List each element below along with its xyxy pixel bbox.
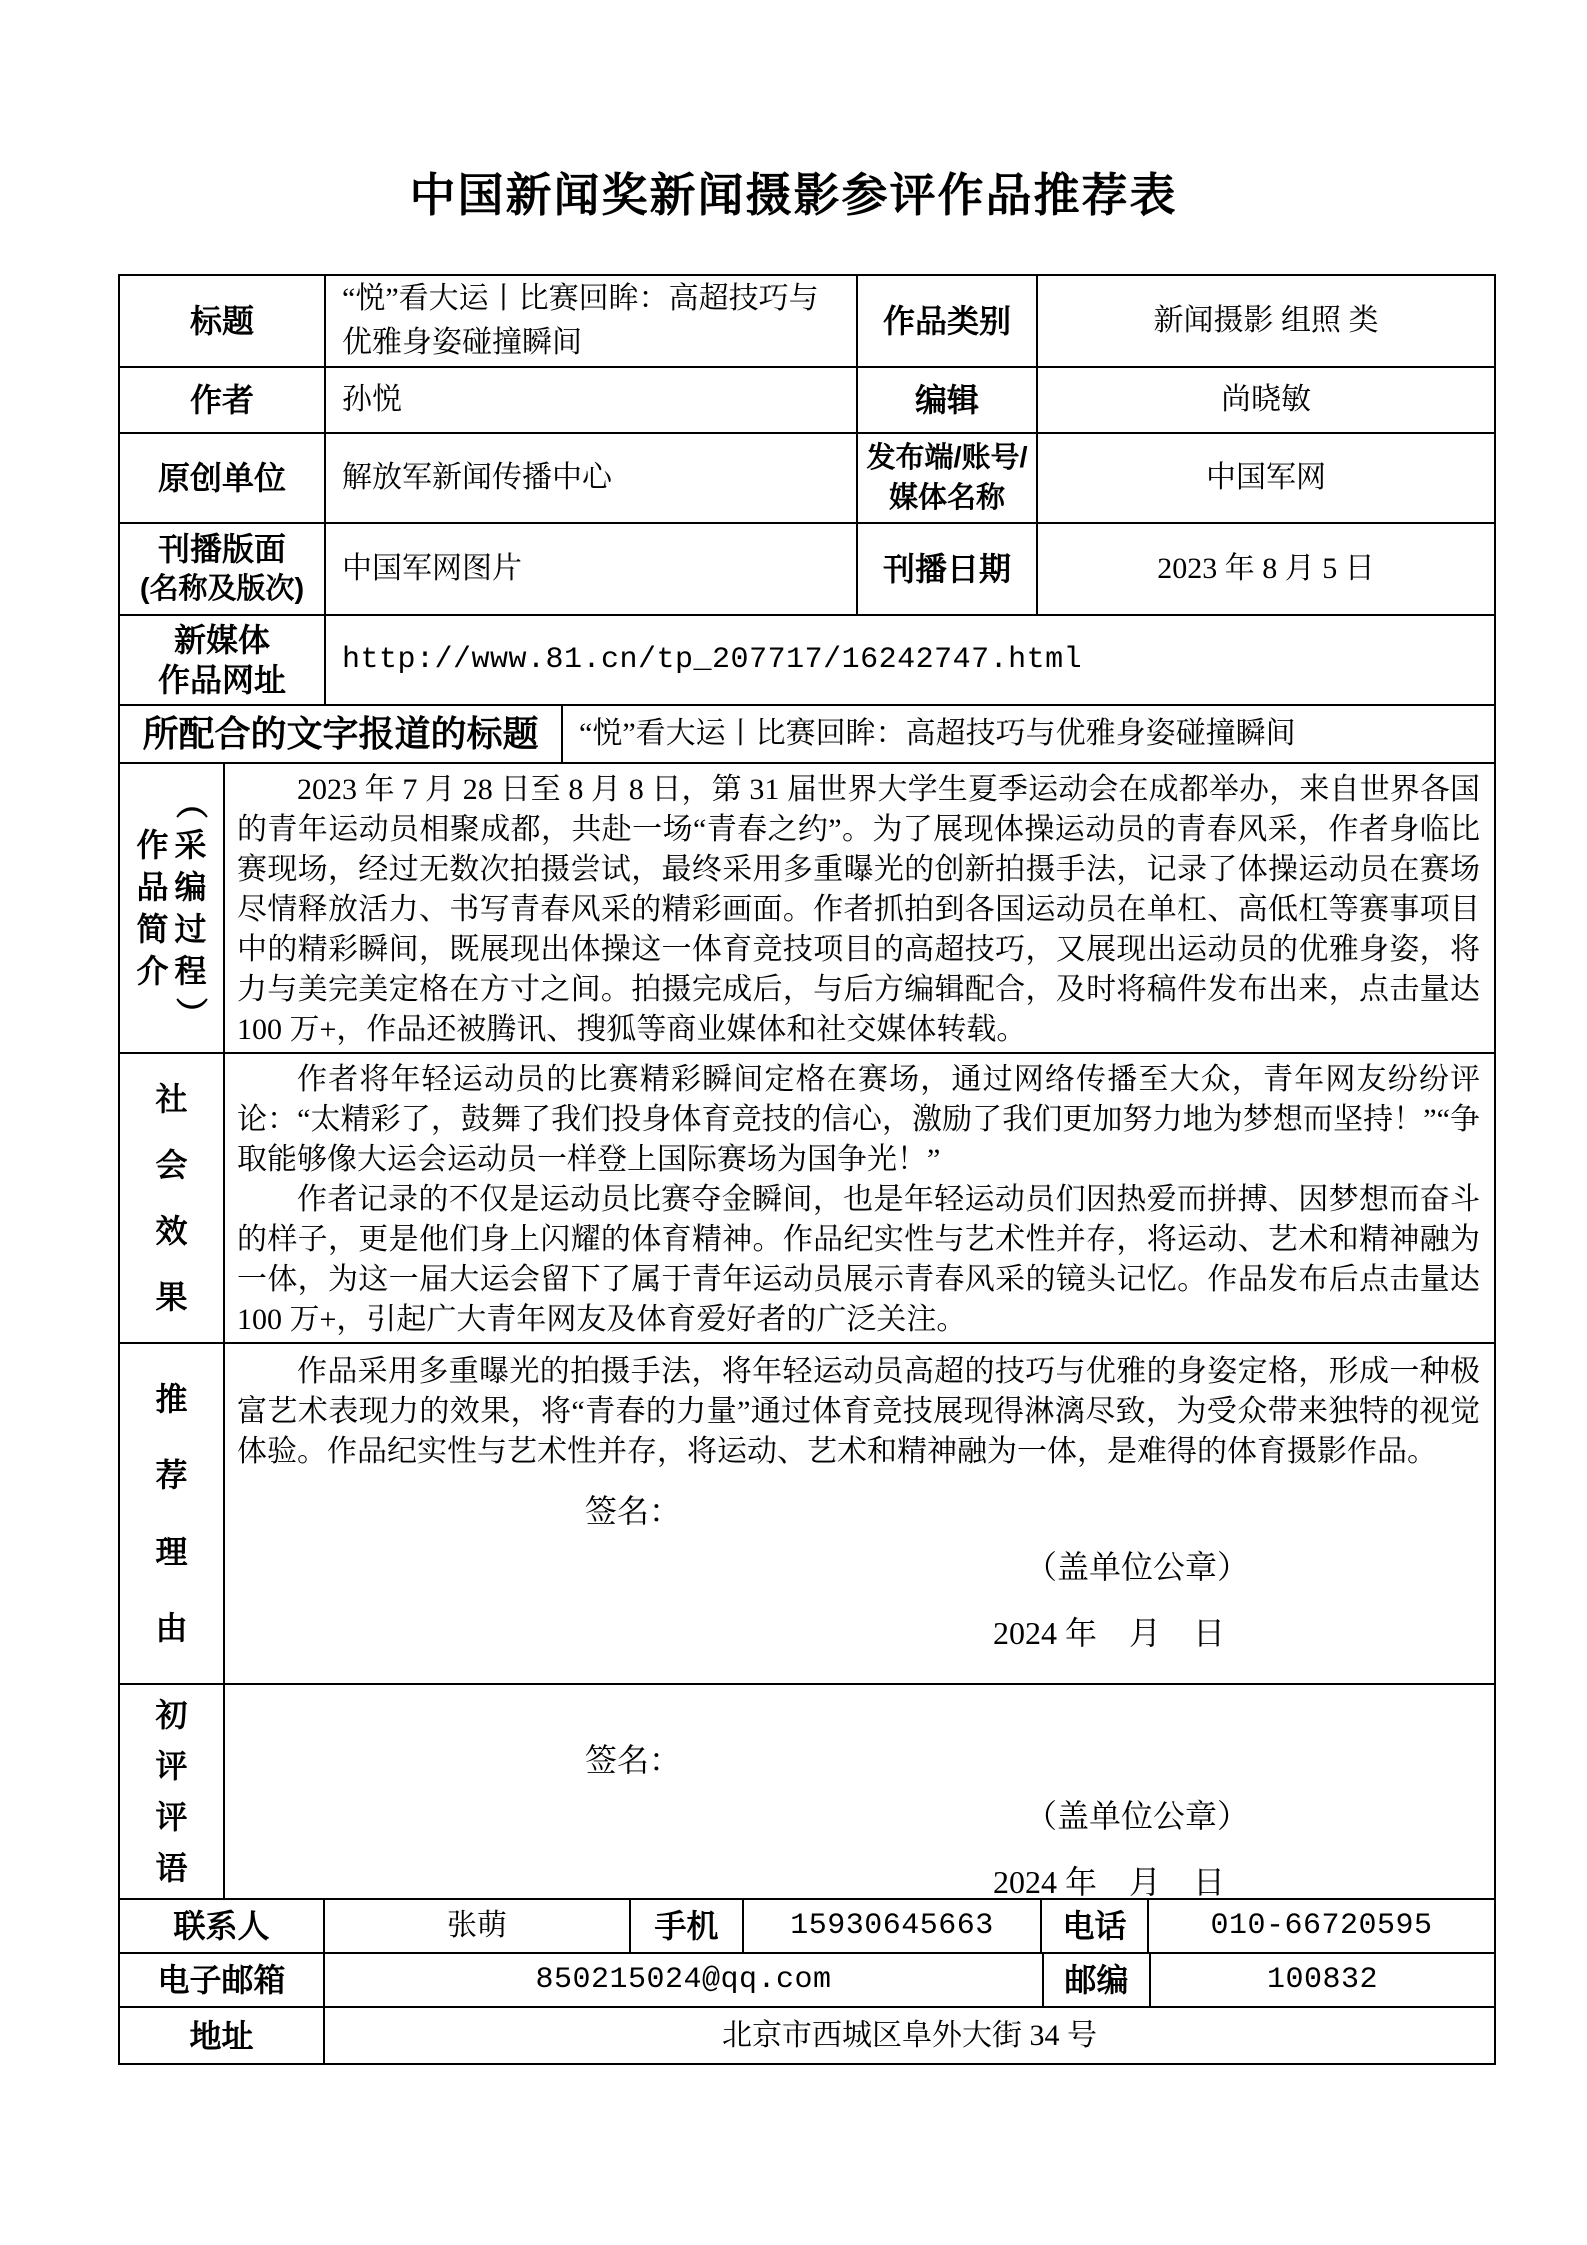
intro-label-col1: 作品简介 [136,824,168,992]
review-seal-label: （盖单位公章） [1025,1797,1480,1835]
email-label: 电子邮箱 [120,1954,325,2006]
editor-value: 尚晓敏 [1038,368,1494,432]
author-value: 孙悦 [326,368,858,432]
publish-channel-label-line2: 媒体名称 [889,478,1005,518]
section-review: 初评评语 签名： （盖单位公章） 2024 年 月 日 [120,1685,1494,1900]
publish-date-value: 2023 年 8 月 5 日 [1038,524,1494,614]
table-row-address: 地址 北京市西城区阜外大街 34 号 [120,2008,1494,2063]
review-sign-label: 签名： [585,1741,1480,1779]
contact-person-value: 张萌 [325,1900,631,1952]
publish-page-value: 中国军网图片 [326,524,858,614]
recommend-date-line: 2024 年 月 日 [993,1614,1480,1652]
publish-page-label-line2: (名称及版次) [140,569,304,609]
email-value: 850215024@qq.com [325,1954,1044,2006]
table-row-title: 标题 “悦”看大运丨比赛回眸：高超技巧与优雅身姿碰撞瞬间 作品类别 新闻摄影 组… [120,276,1494,368]
media-url-label-line1: 新媒体 [174,620,270,660]
category-value: 新闻摄影 组照 类 [1038,276,1494,366]
section-intro: 作品简介 （采编过程） 2023 年 7 月 28 日至 8 月 8 日，第 3… [120,764,1494,1054]
zip-label: 邮编 [1044,1954,1151,2006]
section-effect: 社会效果 作者将年轻运动员的比赛精彩瞬间定格在赛场，通过网络传播至大众，青年网友… [120,1054,1494,1344]
recommend-section-label: 推荐理由 [120,1344,225,1683]
effect-section-body: 作者将年轻运动员的比赛精彩瞬间定格在赛场，通过网络传播至大众，青年网友纷纷评论：… [225,1054,1494,1342]
review-section-label: 初评评语 [120,1685,225,1898]
title-value: “悦”看大运丨比赛回眸：高超技巧与优雅身姿碰撞瞬间 [326,276,858,366]
companion-report-value: “悦”看大运丨比赛回眸：高超技巧与优雅身姿碰撞瞬间 [563,706,1494,762]
table-row-publication: 刊播版面 (名称及版次) 中国军网图片 刊播日期 2023 年 8 月 5 日 [120,524,1494,616]
table-row-contact: 联系人 张萌 手机 15930645663 电话 010-66720595 [120,1900,1494,1954]
recommend-seal-label: （盖单位公章） [1025,1548,1480,1586]
address-label: 地址 [120,2008,325,2063]
table-row-org: 原创单位 解放军新闻传播中心 发布端/账号/ 媒体名称 中国军网 [120,434,1494,524]
intro-section-label: 作品简介 （采编过程） [120,764,225,1052]
review-date-line: 2024 年 月 日 [993,1863,1480,1898]
author-label: 作者 [120,368,326,432]
media-url-label: 新媒体 作品网址 [120,616,326,704]
effect-section-label: 社会效果 [120,1054,225,1342]
table-row-companion-report: 所配合的文字报道的标题 “悦”看大运丨比赛回眸：高超技巧与优雅身姿碰撞瞬间 [120,706,1494,764]
media-url-value: http://www.81.cn/tp_207717/16242747.html [326,616,1494,704]
address-value: 北京市西城区阜外大街 34 号 [325,2008,1494,2063]
contact-person-label: 联系人 [120,1900,325,1952]
title-label: 标题 [120,276,326,366]
intro-section-body: 2023 年 7 月 28 日至 8 月 8 日，第 31 届世界大学生夏季运动… [225,764,1494,1052]
table-row-media-url: 新媒体 作品网址 http://www.81.cn/tp_207717/1624… [120,616,1494,706]
publish-channel-value: 中国军网 [1038,434,1494,522]
page-title: 中国新闻奖新闻摄影参评作品推荐表 [0,168,1587,224]
recommend-paragraph: 作品采用多重曝光的拍摄手法，将年轻运动员高超的技巧与优雅的身姿定格，形成一种极富… [237,1352,1480,1472]
publish-channel-label-line1: 发布端/账号/ [866,438,1027,478]
effect-paragraph-1: 作者将年轻运动员的比赛精彩瞬间定格在赛场，通过网络传播至大众，青年网友纷纷评论：… [237,1060,1480,1180]
document-page: 中国新闻奖新闻摄影参评作品推荐表 标题 “悦”看大运丨比赛回眸：高超技巧与优雅身… [0,0,1587,2245]
section-recommend: 推荐理由 作品采用多重曝光的拍摄手法，将年轻运动员高超的技巧与优雅的身姿定格，形… [120,1344,1494,1685]
phone-label: 电话 [1042,1900,1149,1952]
mobile-label: 手机 [631,1900,744,1952]
source-org-label: 原创单位 [120,434,326,522]
table-row-email: 电子邮箱 850215024@qq.com 邮编 100832 [120,1954,1494,2008]
intro-label-col2: （采编过程） [175,782,207,1034]
publish-page-label: 刊播版面 (名称及版次) [120,524,326,614]
effect-paragraph-2: 作者记录的不仅是运动员比赛夺金瞬间，也是年轻运动员们因热爱而拼搏、因梦想而奋斗的… [237,1180,1480,1340]
phone-value: 010-66720595 [1149,1900,1494,1952]
recommend-section-body: 作品采用多重曝光的拍摄手法，将年轻运动员高超的技巧与优雅的身姿定格，形成一种极富… [225,1344,1494,1683]
review-section-body: 签名： （盖单位公章） 2024 年 月 日 [225,1685,1494,1898]
zip-value: 100832 [1151,1954,1494,2006]
publish-date-label: 刊播日期 [858,524,1038,614]
editor-label: 编辑 [858,368,1038,432]
source-org-value: 解放军新闻传播中心 [326,434,858,522]
companion-report-label: 所配合的文字报道的标题 [120,706,563,762]
intro-paragraph: 2023 年 7 月 28 日至 8 月 8 日，第 31 届世界大学生夏季运动… [237,770,1480,1050]
category-label: 作品类别 [858,276,1038,366]
review-label-text: 初评评语 [120,1685,223,1898]
media-url-label-line2: 作品网址 [158,660,286,700]
effect-label-text: 社会效果 [120,1054,223,1342]
recommend-sign-label: 签名： [585,1492,1480,1530]
recommendation-table: 标题 “悦”看大运丨比赛回眸：高超技巧与优雅身姿碰撞瞬间 作品类别 新闻摄影 组… [118,274,1496,2065]
table-row-author: 作者 孙悦 编辑 尚晓敏 [120,368,1494,434]
publish-channel-label: 发布端/账号/ 媒体名称 [858,434,1038,522]
mobile-value: 15930645663 [744,1900,1042,1952]
publish-page-label-line1: 刊播版面 [158,529,286,569]
recommend-label-text: 推荐理由 [120,1344,223,1683]
